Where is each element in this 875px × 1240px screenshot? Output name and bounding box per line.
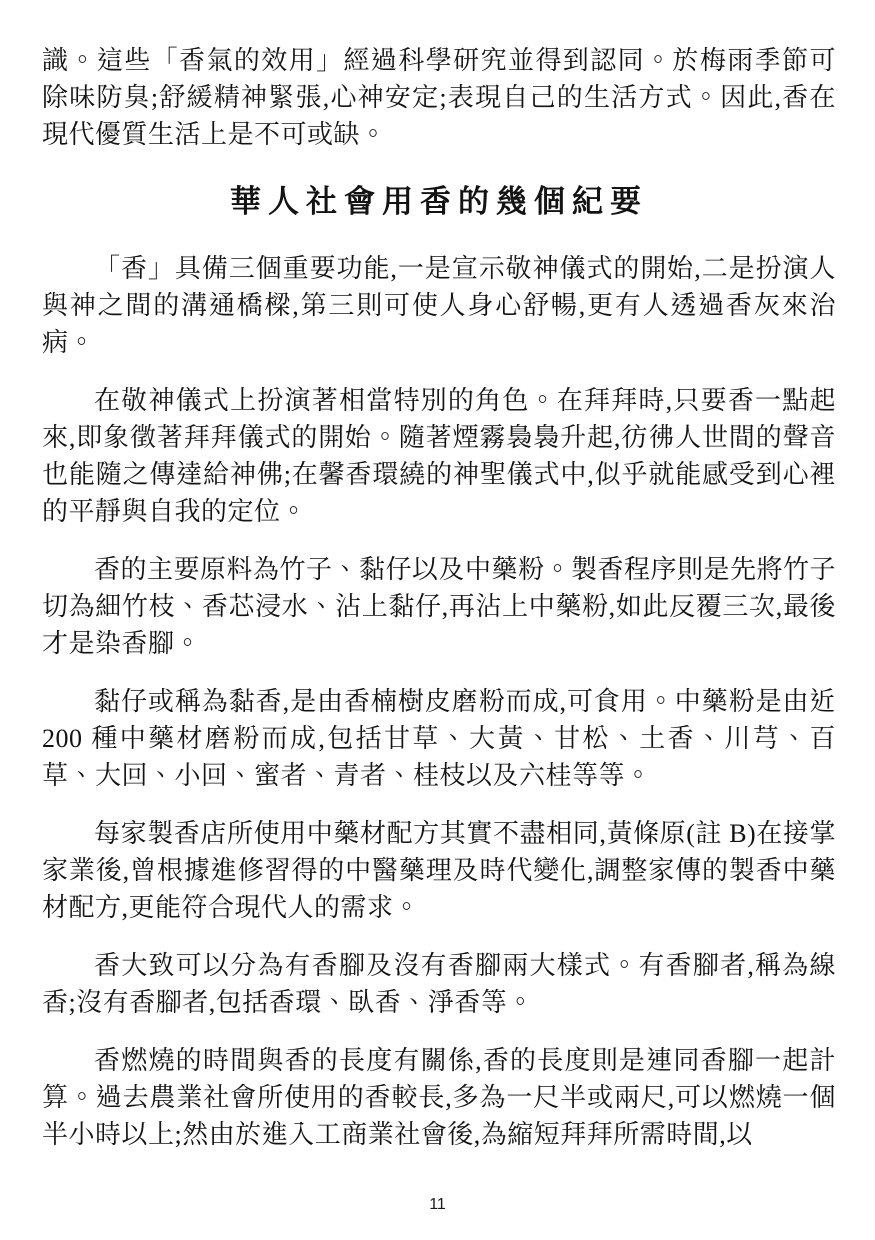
body-paragraph: 香的主要原料為竹子、黏仔以及中藥粉。製香程序則是先將竹子切為細竹枝、香芯浸水、沾… <box>42 551 836 662</box>
body-paragraph: 黏仔或稱為黏香,是由香楠樹皮磨粉而成,可食用。中藥粉是由近 200 種中藥材磨粉… <box>42 683 836 794</box>
body-paragraph: 每家製香店所使用中藥材配方其實不盡相同,黃條原(註 B)在接掌家業後,曾根據進修… <box>42 815 836 926</box>
body-paragraph: 「香」具備三個重要功能,一是宣示敬神儀式的開始,二是扮演人與神之間的溝通橋樑,第… <box>42 250 836 361</box>
body-paragraph: 在敬神儀式上扮演著相當特別的角色。在拜拜時,只要香一點起來,即象徵著拜拜儀式的開… <box>42 382 836 530</box>
body-paragraph: 香燃燒的時間與香的長度有關係,香的長度則是連同香腳一起計算。過去農業社會所使用的… <box>42 1042 836 1153</box>
section-heading: 華人社會用香的幾個紀要 <box>42 177 836 227</box>
document-page: 識。這些「香氣的效用」經過科學研究並得到認同。於梅雨季節可除味防臭;舒緩精神緊張… <box>0 0 875 1240</box>
body-paragraph: 香大致可以分為有香腳及沒有香腳兩大樣式。有香腳者,稱為線香;沒有香腳者,包括香環… <box>42 947 836 1021</box>
intro-paragraph: 識。這些「香氣的效用」經過科學研究並得到認同。於梅雨季節可除味防臭;舒緩精神緊張… <box>42 42 836 153</box>
text-block: 識。這些「香氣的效用」經過科學研究並得到認同。於梅雨季節可除味防臭;舒緩精神緊張… <box>0 0 875 1153</box>
page-number: 11 <box>0 1196 875 1214</box>
